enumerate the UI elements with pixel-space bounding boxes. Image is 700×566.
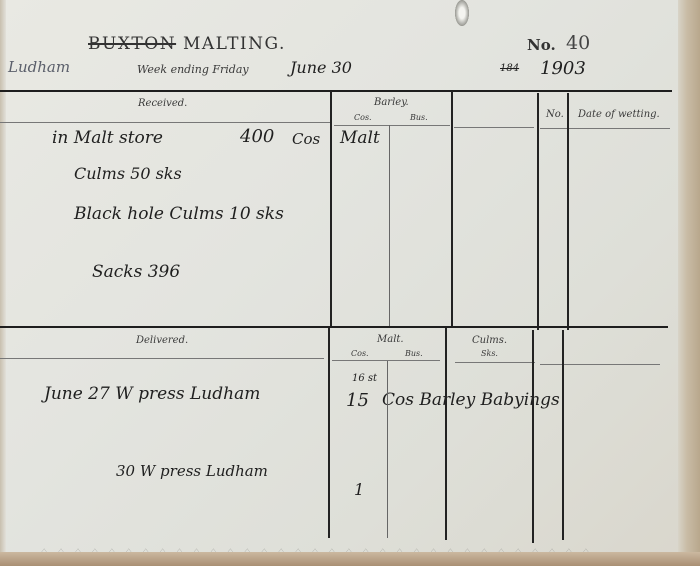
delivered-entry-1-malt-cos: 15: [346, 390, 369, 411]
page-right-edge: [678, 0, 700, 566]
vline-barley-cos-bus: [389, 125, 390, 328]
received-entry-3: Black hole Culms 10 sks: [74, 204, 284, 224]
col-malt-cos: Cos.: [351, 349, 369, 358]
week-ending-date: June 30: [290, 58, 352, 77]
document-title: BUXTON MALTING.: [88, 34, 286, 54]
no-date-subheader-rule-2: [540, 364, 660, 365]
vline-barley-blank: [451, 91, 453, 328]
delivered-entry-2-text: 30 W press Ludham: [116, 462, 268, 480]
malt-subheader-rule: [332, 360, 440, 361]
col-malt-bus: Bus.: [405, 349, 423, 358]
title-struck-word: BUXTON: [88, 34, 176, 54]
blank-subheader-rule: [454, 127, 534, 128]
col-barley-header: Barley.: [374, 97, 409, 108]
delivered-entry-1-text: June 27 W press Ludham: [44, 384, 260, 404]
page-bottom-edge: [0, 552, 700, 566]
col-delivered-header: Delivered.: [136, 335, 188, 346]
vline-malt-culms: [445, 328, 447, 540]
vline-culms-no: [532, 330, 534, 543]
received-entry-1-unit: Cos: [292, 130, 320, 148]
page-left-edge: [0, 0, 6, 566]
section-divider-rule: [0, 326, 668, 328]
barley-subheader-rule: [334, 125, 450, 126]
vline-delivered-malt: [328, 328, 330, 538]
vline-blank-no: [537, 93, 539, 330]
col-malt-header: Malt.: [377, 334, 404, 345]
delivered-subheader-rule: [0, 358, 324, 359]
received-entry-1-text: in Malt store: [52, 128, 163, 148]
received-entry-1-qty: 400: [240, 126, 274, 147]
col-no-header: No.: [546, 109, 564, 120]
no-date-subheader-rule: [540, 128, 670, 129]
col-date-of-wetting-header: Date of wetting.: [578, 109, 660, 120]
number-label: No.: [527, 36, 556, 54]
col-culms-header: Culms.: [472, 335, 507, 346]
col-barley-bus: Bus.: [410, 113, 428, 122]
title-rest: MALTING.: [176, 34, 286, 54]
col-culms-sks: Sks.: [481, 349, 498, 358]
year-prefix-struck: 184: [500, 63, 519, 74]
vline-malt-cos-bus: [387, 361, 388, 538]
vline-no-date-2: [562, 330, 564, 540]
col-barley-cos: Cos.: [354, 113, 372, 122]
received-entry-1-barley: Malt: [340, 128, 380, 148]
number-value: 40: [566, 32, 590, 54]
received-entry-2: Culms 50 sks: [74, 164, 182, 183]
ledger-page: BUXTON MALTING. No. 40 Ludham Week endin…: [0, 0, 700, 566]
week-ending-label: Week ending Friday: [137, 63, 249, 76]
vline-received-barley: [330, 91, 332, 328]
header-rule: [0, 90, 672, 92]
delivered-entry-2-malt-cos: 1: [354, 480, 364, 499]
punch-hole: [455, 0, 469, 26]
vline-no-date: [567, 93, 569, 330]
col-received-header: Received.: [138, 98, 187, 109]
year: 1903: [540, 58, 586, 79]
culms-subheader-rule: [455, 362, 535, 363]
received-entry-4: Sacks 396: [92, 262, 180, 282]
delivered-entry-1-superscript: 16 st: [352, 373, 377, 384]
location-handwritten: Ludham: [8, 58, 70, 76]
received-subheader-rule: [0, 122, 330, 123]
